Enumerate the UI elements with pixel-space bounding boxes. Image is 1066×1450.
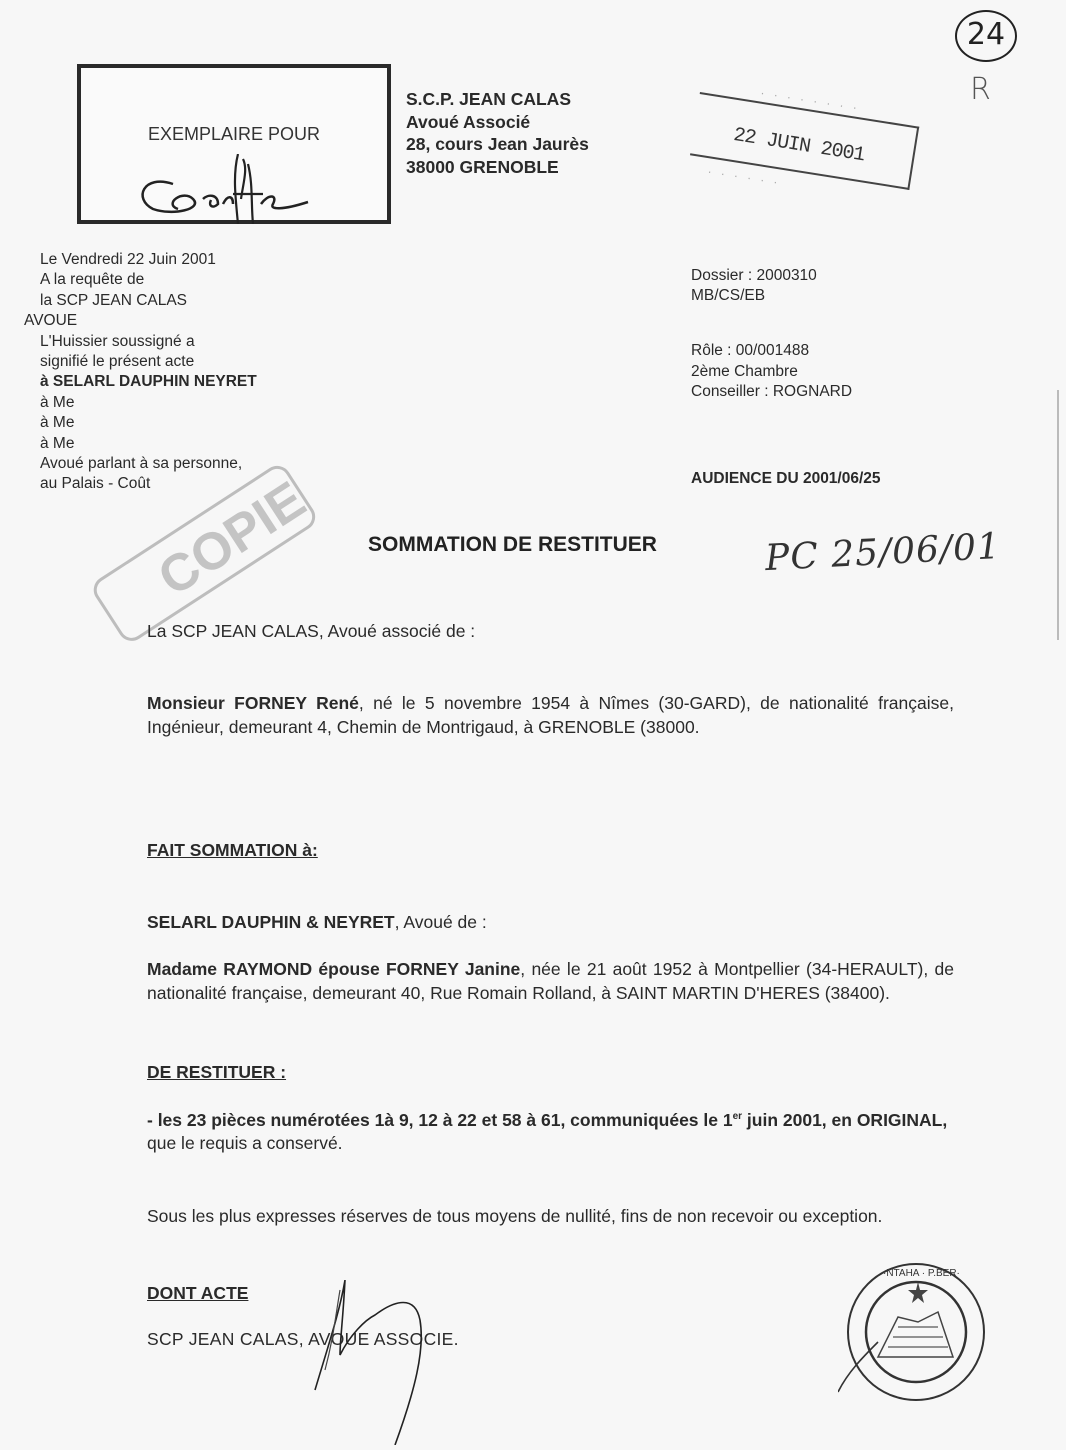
summons-heading-text: FAIT SOMMATION à:: [147, 840, 318, 860]
opponent-counsel-paragraph: SELARL DAUPHIN & NEYRET, Avoué de :: [147, 911, 954, 935]
closing-heading: DONT ACTE: [147, 1282, 954, 1306]
firm-city: 38000 GRENOBLE: [406, 156, 589, 179]
pieces-text-2: juin 2001, en ORIGINAL,: [742, 1110, 947, 1130]
handwritten-mark: R: [970, 72, 991, 107]
service-line: à Me: [40, 413, 257, 433]
service-line: signifié le présent acte: [40, 352, 257, 372]
service-line: à SELARL DAUPHIN NEYRET: [40, 372, 257, 392]
firm-title: Avoué Associé: [406, 111, 589, 134]
greffe-handwriting-icon: [133, 154, 313, 224]
bailiff-seal-icon: ·NTAHA · P.BER·: [838, 1262, 988, 1412]
opponent-paragraph: Madame RAYMOND épouse FORNEY Janine, née…: [147, 958, 954, 1005]
client-paragraph: Monsieur FORNEY René, né le 5 novembre 1…: [147, 692, 954, 739]
service-line: AVOUE: [24, 311, 257, 331]
counsellor: Conseiller : ROGNARD: [691, 382, 852, 402]
firm-header: S.C.P. JEAN CALAS Avoué Associé 28, cour…: [406, 88, 589, 178]
service-line: à Me: [40, 434, 257, 454]
service-line: L'Huissier soussigné a: [40, 332, 257, 352]
summons-heading: FAIT SOMMATION à:: [147, 839, 954, 863]
closing-heading-text: DONT ACTE: [147, 1283, 248, 1303]
service-details: Le Vendredi 22 Juin 2001 A la requête de…: [40, 250, 257, 495]
firm-street: 28, cours Jean Jaurès: [406, 133, 589, 156]
closing-signature: SCP JEAN CALAS, AVOUE ASSOCIE.: [147, 1328, 954, 1352]
client-name: Monsieur FORNEY René: [147, 693, 359, 713]
dossier-number: Dossier : 2000310: [691, 266, 852, 286]
received-date-stamp: 22 JUIN 2001 · · · · · · · · · · · · · ·: [686, 92, 928, 219]
restitute-heading: DE RESTITUER :: [147, 1061, 954, 1085]
reserves-paragraph: Sous les plus expresses réserves de tous…: [147, 1205, 954, 1229]
pieces-note: que le requis a conservé.: [147, 1133, 343, 1153]
handwritten-note: PC 25/06/01: [764, 526, 1002, 579]
restitute-heading-text: DE RESTITUER :: [147, 1062, 286, 1082]
pieces-text-1: - les 23 pièces numérotées 1à 9, 12 à 22…: [147, 1110, 733, 1130]
reference: MB/CS/EB: [691, 286, 852, 306]
service-line: Avoué parlant à sa personne,: [40, 454, 257, 474]
service-line: A la requête de: [40, 270, 257, 290]
file-info: Dossier : 2000310 MB/CS/EB Rôle : 00/001…: [691, 266, 852, 402]
opponent-counsel: SELARL DAUPHIN & NEYRET: [147, 912, 395, 932]
chamber: 2ème Chambre: [691, 362, 852, 382]
pieces-sup: er: [733, 1111, 742, 1122]
copy-for-label: EXEMPLAIRE POUR: [81, 124, 387, 145]
role-number: Rôle : 00/001488: [691, 341, 852, 361]
intro-paragraph: La SCP JEAN CALAS, Avoué associé de :: [147, 620, 954, 644]
document-title: SOMMATION DE RESTITUER: [368, 533, 657, 557]
hearing-date: AUDIENCE DU 2001/06/25: [691, 470, 881, 488]
page-number-circled: 24: [955, 10, 1017, 62]
signature-icon: [295, 1280, 445, 1445]
copy-for-box: EXEMPLAIRE POUR: [77, 64, 391, 224]
svg-text:·NTAHA · P.BER·: ·NTAHA · P.BER·: [883, 1268, 960, 1279]
opponent-name: Madame RAYMOND épouse FORNEY Janine: [147, 959, 520, 979]
pieces-paragraph: - les 23 pièces numérotées 1à 9, 12 à 22…: [147, 1105, 954, 1156]
opponent-counsel-suffix: , Avoué de :: [395, 912, 487, 932]
scan-edge: [1057, 390, 1059, 640]
service-line: à Me: [40, 393, 257, 413]
service-line: la SCP JEAN CALAS: [40, 291, 257, 311]
firm-name: S.C.P. JEAN CALAS: [406, 88, 589, 111]
service-line: au Palais - Coût: [40, 474, 257, 494]
service-line: Le Vendredi 22 Juin 2001: [40, 250, 257, 270]
